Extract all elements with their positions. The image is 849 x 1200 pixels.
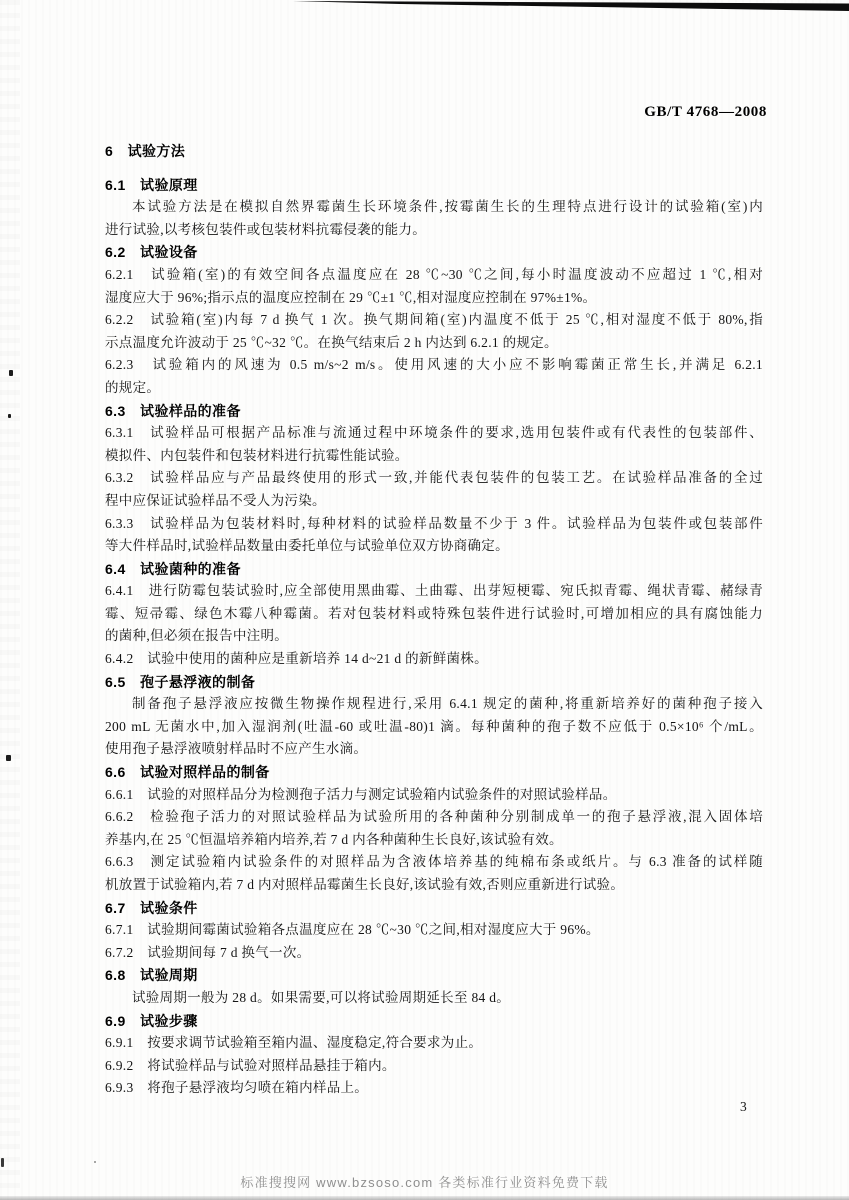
clause-text-line: 试验周期一般为 28 d。如果需要,可以将试验周期延长至 84 d。 (105, 987, 763, 1010)
clause-text-line: 6.9.3 将孢子悬浮液均匀喷在箱内样品上。 (105, 1077, 763, 1100)
document-body: 6 试验方法 6.1 试验原理 本试验方法是在模拟自然界霉菌生长环境条件,按霉菌… (105, 140, 763, 1100)
clause-text-line: 6.7.2 试验期间每 7 d 换气一次。 (105, 942, 763, 965)
section-heading: 6 试验方法 (105, 140, 763, 163)
clause-text-line: 6.6.2 检验孢子活力的对照试验样品为试验所用的各种菌种分别制成单一的孢子悬浮… (105, 806, 763, 829)
clause-text-line: 模拟件、内包装件和包装材料进行抗霉性能试验。 (105, 445, 763, 468)
scan-artifact-top-wedge (0, 0, 849, 14)
scan-bottom-edge-shadow (0, 1196, 849, 1200)
footer-watermark: 标准搜搜网 www.bzsoso.com 各类标准行业资料免费下载 (0, 1172, 849, 1191)
clause-heading: 6.7 试验条件 (105, 897, 763, 920)
scan-speck (6, 755, 11, 761)
clause-text-line: 程中应保证试验样品不受人为污染。 (105, 490, 763, 513)
scan-speck (9, 370, 13, 376)
clause-text-line: 养基内,在 25 ℃恒温培养箱内培养,若 7 d 内各种菌种生长良好,该试验有效… (105, 829, 763, 852)
clause-text-line: 示点温度允许波动于 25 ℃~32 ℃。在换气结束后 2 h 内达到 6.2.1… (105, 332, 763, 355)
clause-text-line: 6.3.3 试验样品为包装材料时,每种材料的试验样品数量不少于 3 件。试验样品… (105, 513, 763, 536)
clause-text-line: 使用孢子悬浮液喷射样品时不应产生水滴。 (105, 738, 763, 761)
clause-text-line: 6.2.3 试验箱内的风速为 0.5 m/s~2 m/s。使用风速的大小应不影响… (105, 354, 763, 377)
clause-text-line: 6.6.1 试验的对照样品分为检测孢子活力与测定试验箱内试验条件的对照试验样品。 (105, 784, 763, 807)
clause-text-line: 6.4.2 试验中使用的菌种应是重新培养 14 d~21 d 的新鲜菌株。 (105, 648, 763, 671)
clause-heading: 6.5 孢子悬浮液的制备 (105, 671, 763, 694)
clause-text-line: 6.2.1 试验箱(室)的有效空间各点温度应在 28 ℃~30 ℃之间,每小时温… (105, 264, 763, 287)
clause-text-line: 机放置于试验箱内,若 7 d 内对照样品霉菌生长良好,该试验有效,否则应重新进行… (105, 874, 763, 897)
clause-heading: 6.8 试验周期 (105, 964, 763, 987)
clause-heading: 6.9 试验步骤 (105, 1010, 763, 1033)
clause-text-line: 等大件样品时,试验样品数量由委托单位与试验单位双方协商确定。 (105, 535, 763, 558)
clause-text-line: 200 mL 无菌水中,加入湿润剂(吐温-60 或吐温-80)1 滴。每种菌种的… (105, 716, 763, 739)
clause-text-line: 6.3.1 试验样品可根据产品标准与流通过程中环境条件的要求,选用包装件或有代表… (105, 422, 763, 445)
scan-speck (1, 1158, 4, 1167)
clause-text-line: 制备孢子悬浮液应按微生物操作规程进行,采用 6.4.1 规定的菌种,将重新培养好… (105, 693, 763, 716)
standard-number: GB/T 4768—2008 (644, 104, 767, 121)
clause-text-line: 进行试验,以考核包装件或包装材料抗霉侵袭的能力。 (105, 219, 763, 242)
clause-text-line: 的规定。 (105, 377, 763, 400)
clause-heading: 6.4 试验菌种的准备 (105, 558, 763, 581)
clause-text-line: 6.9.2 将试验样品与试验对照样品悬挂于箱内。 (105, 1055, 763, 1078)
clause-text-line: 6.3.2 试验样品应与产品最终使用的形式一致,并能代表包装件的包装工艺。在试验… (105, 467, 763, 490)
scan-speck (94, 1161, 96, 1163)
document-page: GB/T 4768—2008 6 试验方法 6.1 试验原理 本试验方法是在模拟… (0, 0, 849, 1200)
clause-text-line: 本试验方法是在模拟自然界霉菌生长环境条件,按霉菌生长的生理特点进行设计的试验箱(… (105, 196, 763, 219)
clause-text-line: 6.6.3 测定试验箱内试验条件的对照样品为含液体培养基的纯棉布条或纸片。与 6… (105, 851, 763, 874)
clause-text-line: 霉、短帚霉、绿色木霉八种霉菌。若对包装材料或特殊包装件进行试验时,可增加相应的具… (105, 603, 763, 626)
clause-text-line: 6.4.1 进行防霉包装试验时,应全部使用黑曲霉、土曲霉、出芽短梗霉、宛氏拟青霉… (105, 580, 763, 603)
clause-heading: 6.6 试验对照样品的制备 (105, 761, 763, 784)
clause-text-line: 6.9.1 按要求调节试验箱至箱内温、湿度稳定,符合要求为止。 (105, 1032, 763, 1055)
page-number: 3 (740, 1099, 747, 1115)
clause-text-line: 6.2.2 试验箱(室)内每 7 d 换气 1 次。换气期间箱(室)内温度不低于… (105, 309, 763, 332)
clause-text-line: 6.7.1 试验期间霉菌试验箱各点温度应在 28 ℃~30 ℃之间,相对湿度应大… (105, 919, 763, 942)
clause-text-line: 的菌种,但必须在报告中注明。 (105, 625, 763, 648)
clause-heading: 6.3 试验样品的准备 (105, 400, 763, 423)
scan-left-edge-texture (0, 0, 20, 1200)
clause-heading: 6.2 试验设备 (105, 241, 763, 264)
clause-heading: 6.1 试验原理 (105, 174, 763, 197)
clause-text-line: 湿度应大于 96%;指示点的温度应控制在 29 ℃±1 ℃,相对湿度应控制在 9… (105, 287, 763, 310)
scan-speck (8, 414, 11, 418)
